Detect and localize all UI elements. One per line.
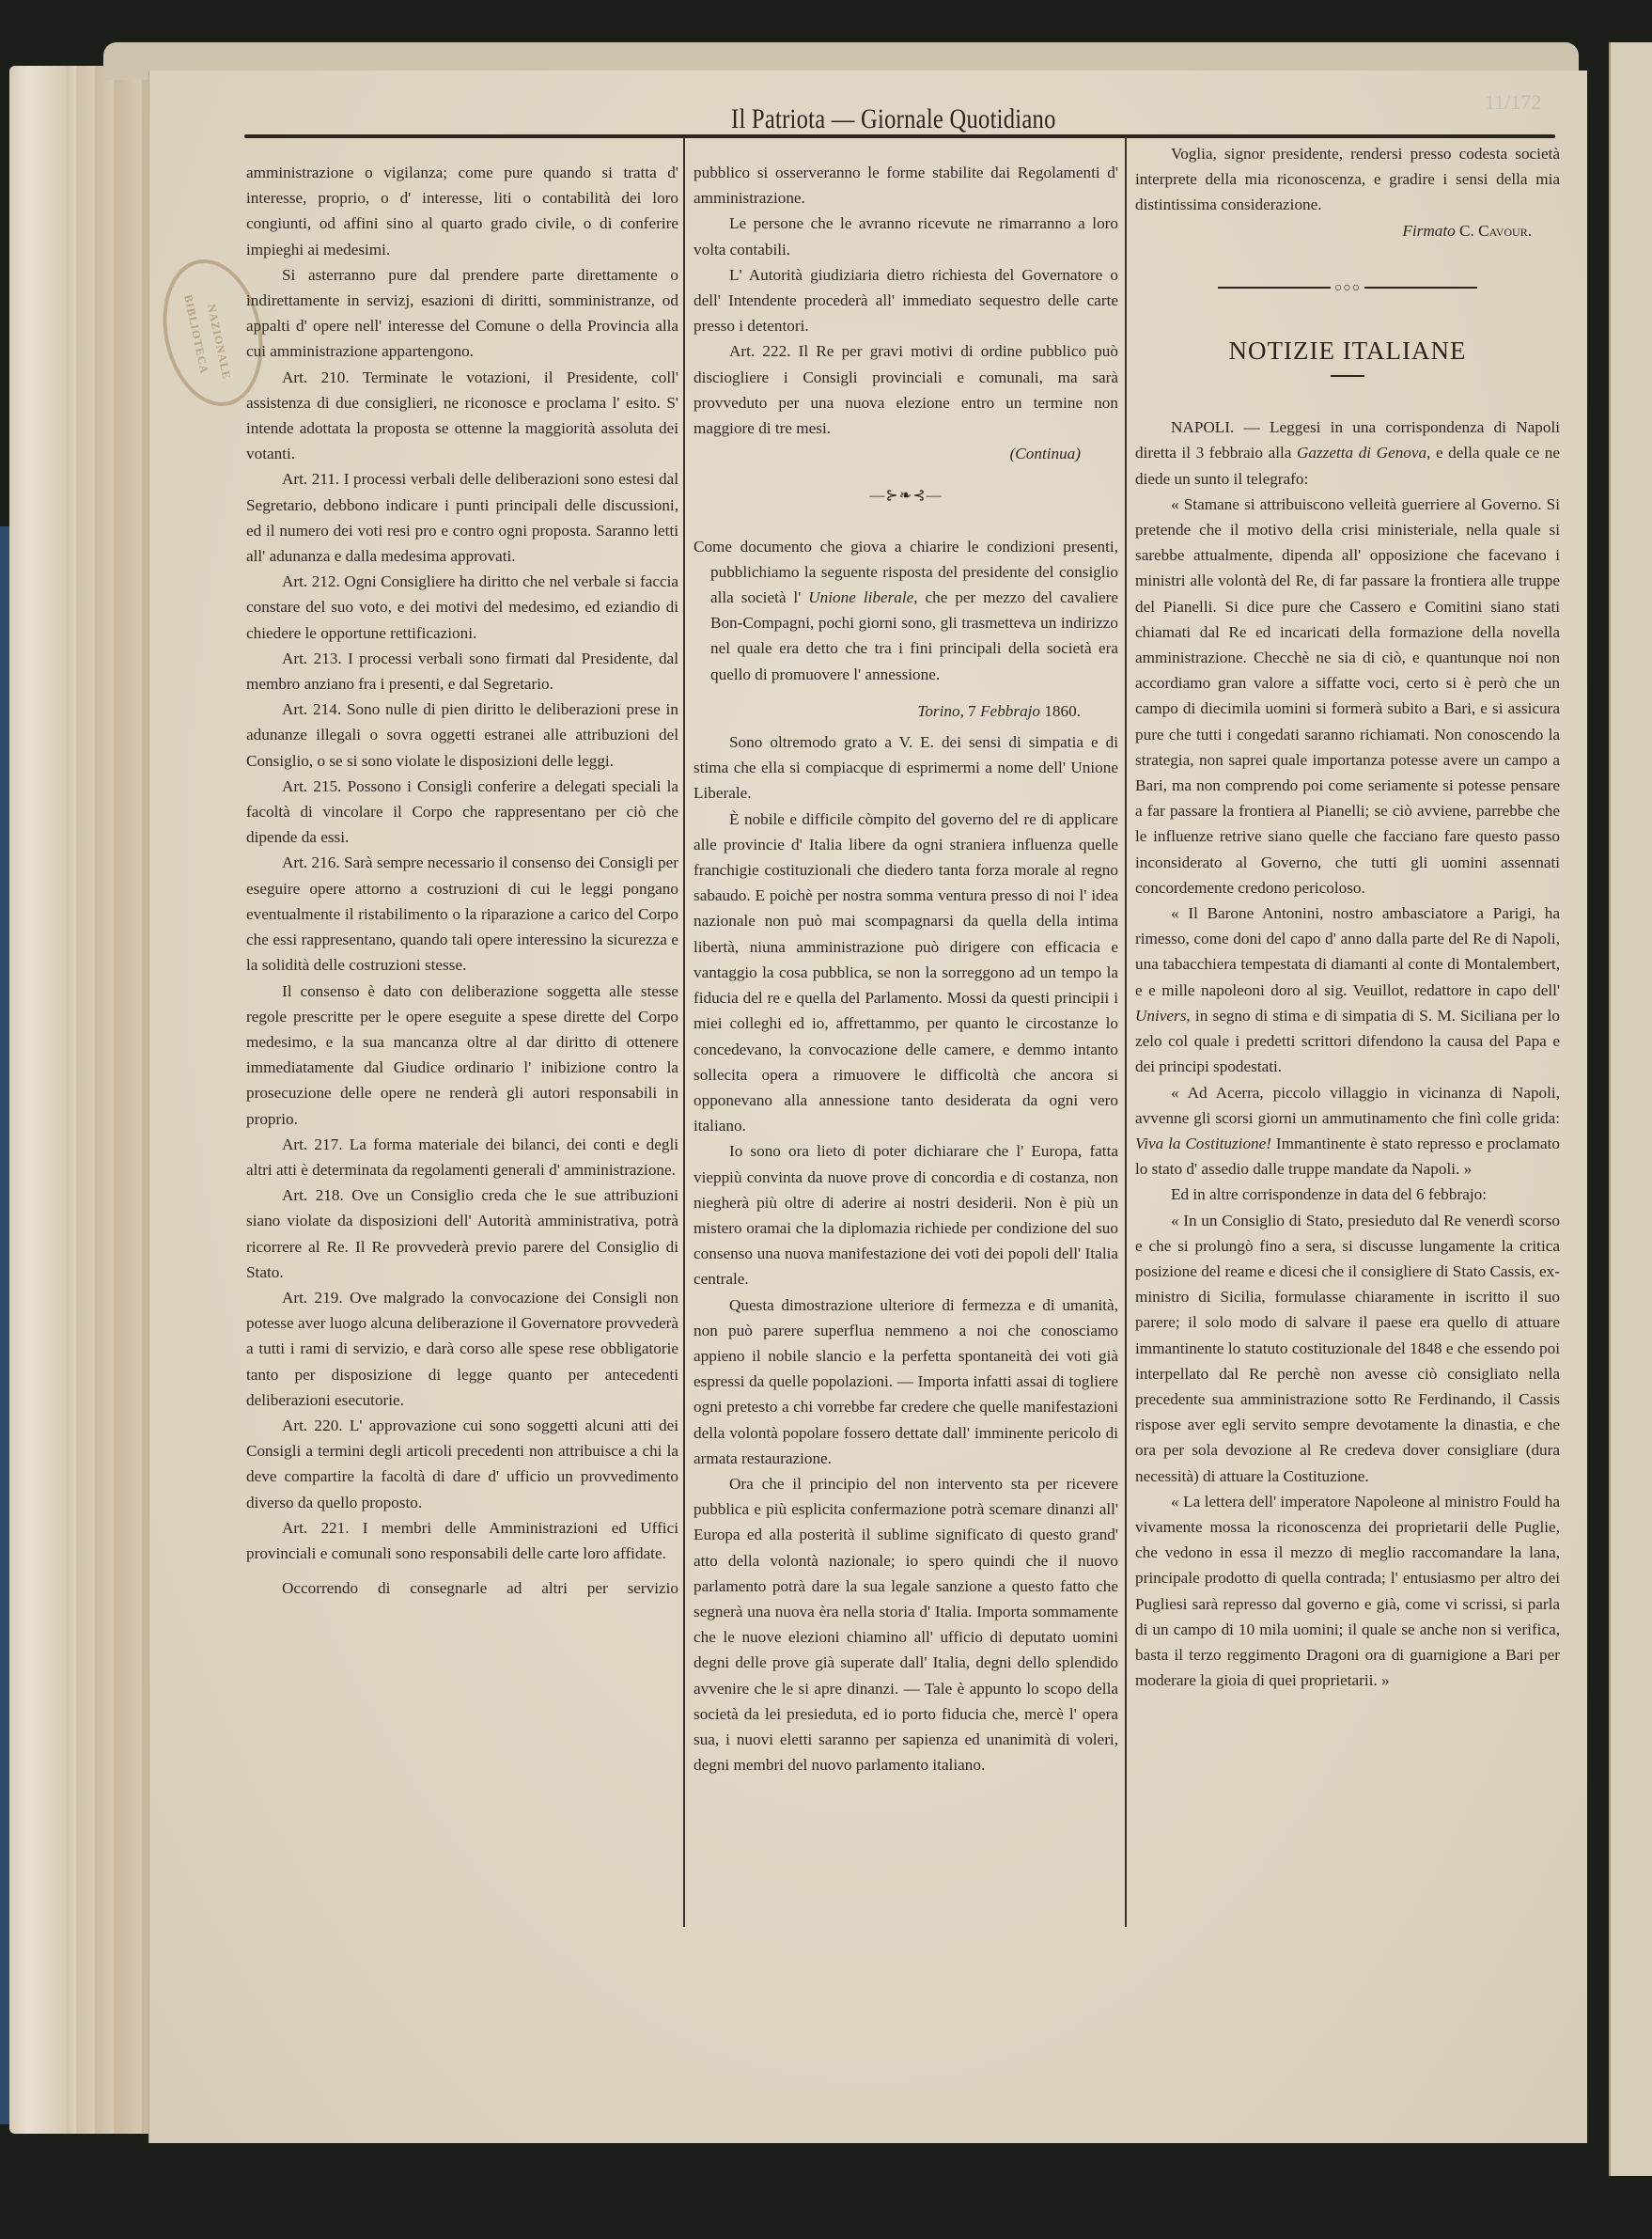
left-column: amministrazione o vigilanza; come pure q…: [246, 160, 678, 1601]
newspaper-title: Il Patriota — Giornale Quotidiano: [731, 103, 1056, 135]
article-214: Art. 214. Sono nulle di pien diritto le …: [246, 697, 678, 774]
letter-close: Voglia, signor presidente, rendersi pres…: [1135, 141, 1560, 218]
napoli-intro: NAPOLI. — Leggesi in una corrispondenza …: [1135, 415, 1560, 492]
article-219: Art. 219. Ove malgrado la convocazione d…: [246, 1285, 678, 1413]
continua-note: (Continua): [694, 441, 1118, 466]
next-page-edge: [1609, 42, 1652, 2176]
title-underline: [1331, 375, 1364, 377]
letter-paragraph: È nobile e difficile còmpito del governo…: [694, 806, 1118, 1139]
article-210: Art. 210. Terminate le votazioni, il Pre…: [246, 365, 678, 467]
news-paragraph: « Il Barone Antonini, nostro ambasciator…: [1135, 900, 1560, 1079]
masthead: Il Patriota — Giornale Quotidiano: [244, 102, 1560, 139]
article-220: Art. 220. L' approvazione cui sono sogge…: [246, 1413, 678, 1515]
letter-paragraph: Sono oltremodo grato a V. E. dei sensi d…: [694, 729, 1118, 806]
paragraph: amministrazione o vigilanza; come pure q…: [246, 160, 678, 262]
signature: Firmato C. Cavour.: [1135, 218, 1560, 243]
paragraph: Le persone che le avranno ricevute ne ri…: [694, 211, 1118, 261]
paragraph: Si asterranno pure dal prendere parte di…: [246, 262, 678, 365]
article-211: Art. 211. I processi verbali delle delib…: [246, 466, 678, 569]
column-divider-1: [683, 136, 685, 1927]
paragraph: Occorrendo di consegnarle ad altri per s…: [246, 1575, 678, 1601]
letter-paragraph: Questa dimostrazione ulteriore di fermez…: [694, 1292, 1118, 1471]
article-212: Art. 212. Ogni Consigliere ha diritto ch…: [246, 569, 678, 646]
article-217: Art. 217. La forma materiale dei bilanci…: [246, 1132, 678, 1182]
article-215: Art. 215. Possono i Consigli conferire a…: [246, 774, 678, 851]
column-divider-2: [1125, 136, 1127, 1927]
article-221: Art. 221. I membri delle Amministrazioni…: [246, 1515, 678, 1566]
masthead-rule: [244, 134, 1555, 138]
intro-paragraph: Come documento che giova a chiarire le c…: [694, 534, 1118, 687]
section-divider: ○○○: [1135, 275, 1560, 301]
news-paragraph: Ed in altre corrispondenze in data del 6…: [1135, 1182, 1560, 1207]
news-paragraph: « La lettera dell' imperatore Napoleone …: [1135, 1489, 1560, 1694]
paragraph: Il consenso è dato con deliberazione sog…: [246, 979, 678, 1132]
paragraph: pubblico si osserveranno le forme stabil…: [694, 160, 1118, 211]
letter-paragraph: Io sono ora lieto di poter dichiarare ch…: [694, 1138, 1118, 1292]
paragraph: L' Autorità giudiziaria dietro richiesta…: [694, 262, 1118, 339]
ornament-divider: —⊱❧⊰—: [694, 483, 1118, 509]
letter-paragraph: Ora che il principio del non intervento …: [694, 1471, 1118, 1777]
news-paragraph: « In un Consiglio di Stato, presieduto d…: [1135, 1208, 1560, 1489]
news-paragraph: « Stamane si attribuiscono velleità guer…: [1135, 492, 1560, 900]
article-218: Art. 218. Ove un Consiglio creda che le …: [246, 1182, 678, 1285]
middle-column: pubblico si osserveranno le forme stabil…: [694, 160, 1118, 1777]
article-216: Art. 216. Sarà sempre necessario il cons…: [246, 850, 678, 978]
news-paragraph: « Ad Acerra, piccolo villaggio in vicina…: [1135, 1080, 1560, 1182]
section-title: NOTIZIE ITALIANE: [1135, 338, 1560, 364]
article-213: Art. 213. I processi verbali sono firmat…: [246, 646, 678, 697]
dateline: Torino, 7 Febbrajo 1860.: [694, 698, 1118, 724]
article-222: Art. 222. Il Re per gravi motivi di ordi…: [694, 338, 1118, 441]
right-column: Voglia, signor presidente, rendersi pres…: [1135, 141, 1560, 1693]
